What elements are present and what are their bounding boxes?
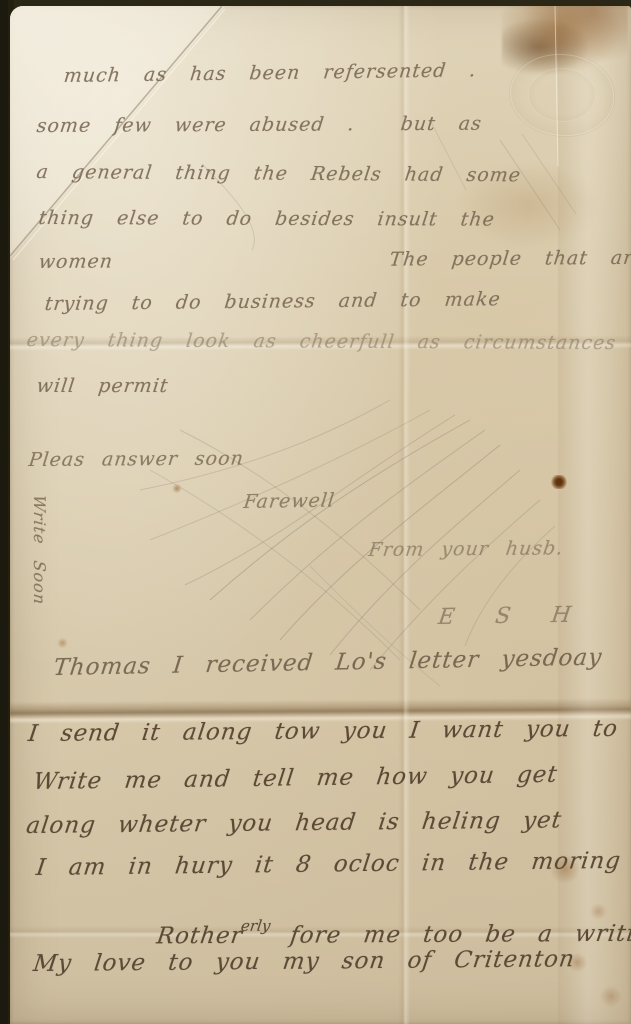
scanner-background: much as has been refersented . some few … xyxy=(0,0,631,1024)
margin-note-write-soon: Write Soon xyxy=(30,494,48,606)
postscript-line: I send it along tow you I want you to xyxy=(27,717,620,747)
postscript-line-rest: fore me too be a writing xyxy=(266,921,631,949)
letter-line: thing else to do besides insult the xyxy=(37,208,496,230)
closing-farewell: Farewell xyxy=(242,490,336,513)
letter-line: a general thing the Rebels had some xyxy=(35,162,522,186)
letter-paper: much as has been refersented . some few … xyxy=(10,6,631,1024)
closing-plea: Pleas answer soon xyxy=(28,448,245,470)
letter-line: every thing look as cheerfull as circums… xyxy=(25,330,617,354)
postscript-line-prefix: Rother xyxy=(155,923,244,949)
closing-from: From your husb. xyxy=(367,538,564,561)
postscript-line: My love to you my son of Critenton xyxy=(32,947,577,977)
inserted-word-superscript: erly xyxy=(240,917,272,935)
letter-line: women The people that are left are xyxy=(38,247,631,273)
letter-line: will permit xyxy=(35,376,169,397)
signature-initials: E S H xyxy=(437,603,585,630)
letter-line: some few were abused . but as xyxy=(36,114,484,137)
